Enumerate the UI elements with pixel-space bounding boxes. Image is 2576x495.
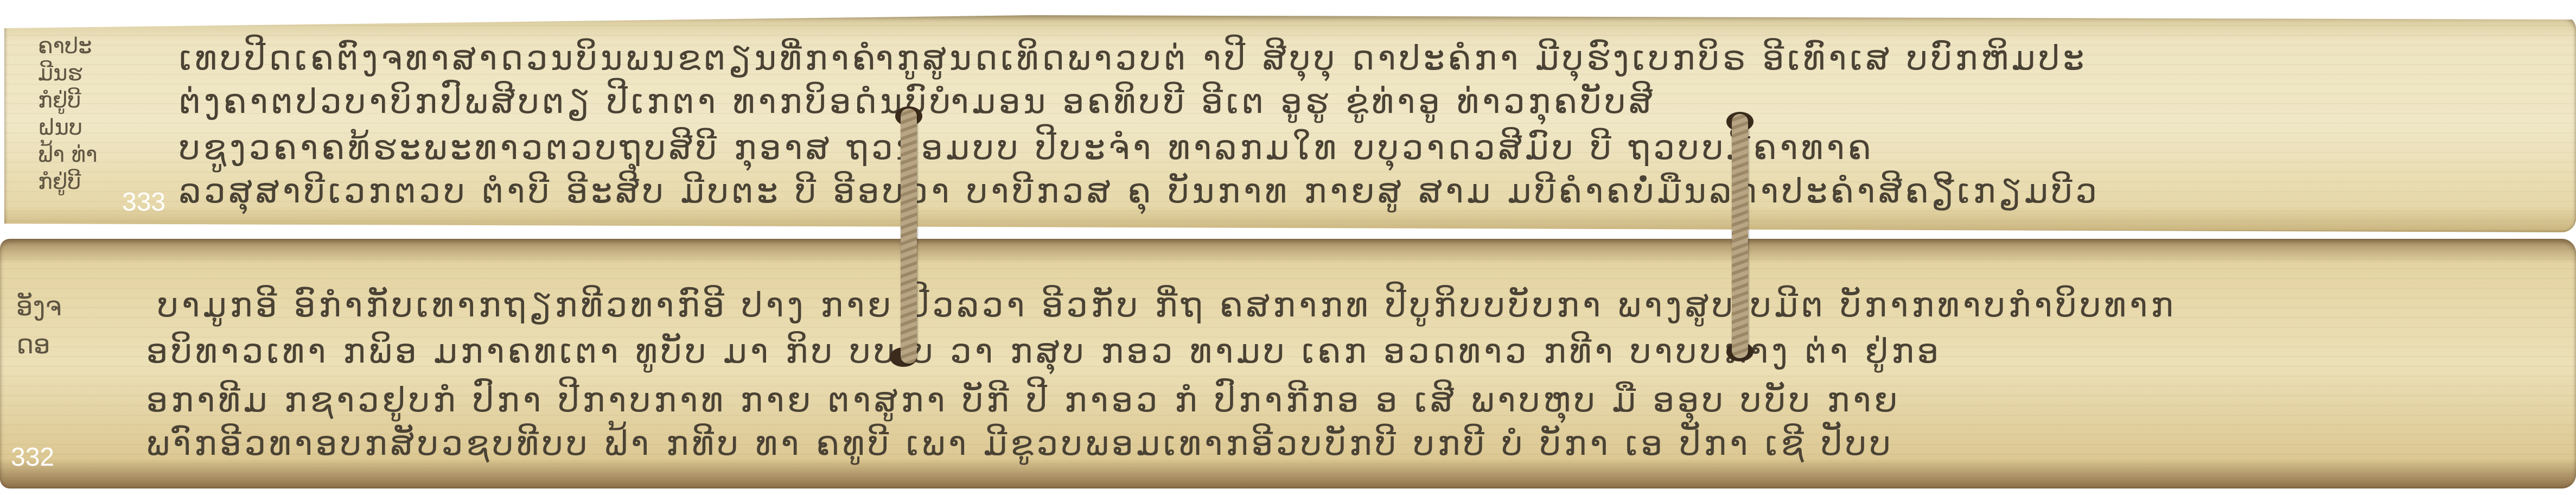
text-line-333-4: ລວສຸສາບີເວກຕວບ ຕໍາບີ ອີະສີບ ມີບຕະ ບີ ອີອ… [179, 171, 2100, 211]
text-line-333-1: ເທບປີດເຄຕົງຈທາສາດວນບິນພນຂຕຽນທີ່ກາຄຳກູສູນ… [179, 38, 2087, 78]
text-line-332-1: ບາມູກອີ ອົກໍາກັບເທາກຖຽກທີວທາກົອີ ປາງ ກາຍ… [157, 285, 2177, 325]
leaf-number-333: 333 [122, 187, 165, 217]
binding-string-right [1732, 114, 1748, 358]
text-line-332-4: ພາົກອີວທາອບກສັບວຊບທີບບ ຟ້າ ກທີບ ທາ ຄທູບີ… [146, 423, 1894, 463]
text-line-332-2: ອບິທາວເທາ ກພິອ ມກາຄທເຕາ ທູບັບ ມາ ກິບ ບບ … [146, 331, 1942, 371]
leaf-number-332: 332 [11, 442, 54, 472]
text-line-333-3: ບຊູງວຄາຄທ້ຮະພະທາວຕວບຖຸບສີບີ ກຸອາສ ຖວນອມບ… [179, 128, 1874, 167]
margin-notes-332: ອັງຈ ດອ [16, 288, 62, 364]
margin-notes-333: ຄາປະ ມີນຮ ກໍຢູ່ບີ ຝນບ ຟ້າ ທ່າ ກໍຢູ່ບີ [38, 33, 98, 195]
binding-string-left [901, 109, 917, 364]
text-line-332-3: ອກາທີມ ກຊາວຢູບກໍ ປົກາ ປີກາບກາທ ກາຍ ຕາສູກ… [146, 380, 1901, 420]
